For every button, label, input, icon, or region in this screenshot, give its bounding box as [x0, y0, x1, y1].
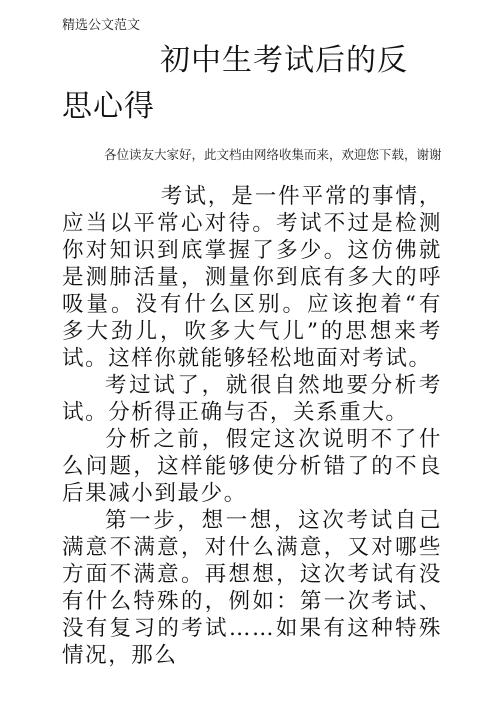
title-line-2: 思心得: [62, 84, 462, 130]
paragraph: 考试，是一件平常的事情，应当以平常心对待。考试不过是检测你对知识到底掌握了多少。…: [62, 183, 442, 372]
download-notice: 各位读友大家好，此文档由网络收集而来，欢迎您下载，谢谢: [104, 145, 442, 163]
paragraph: 分析之前，假定这次说明不了什么问题，这样能够使分析错了的不良后果减小到最少。: [62, 426, 442, 507]
title-line-1: 初中生考试后的反: [62, 38, 462, 84]
paragraph: 考过试了，就很自然地要分析考试。分析得正确与否，关系重大。: [62, 372, 442, 426]
page-header: 精选公文范文: [62, 14, 140, 33]
document-title: 初中生考试后的反 思心得: [62, 38, 462, 130]
paragraph: 第一步，想一想，这次考试自己满意不满意，对什么满意，又对哪些方面不满意。再想想，…: [62, 507, 442, 669]
document-body: 考试，是一件平常的事情，应当以平常心对待。考试不过是检测你对知识到底掌握了多少。…: [62, 183, 442, 669]
